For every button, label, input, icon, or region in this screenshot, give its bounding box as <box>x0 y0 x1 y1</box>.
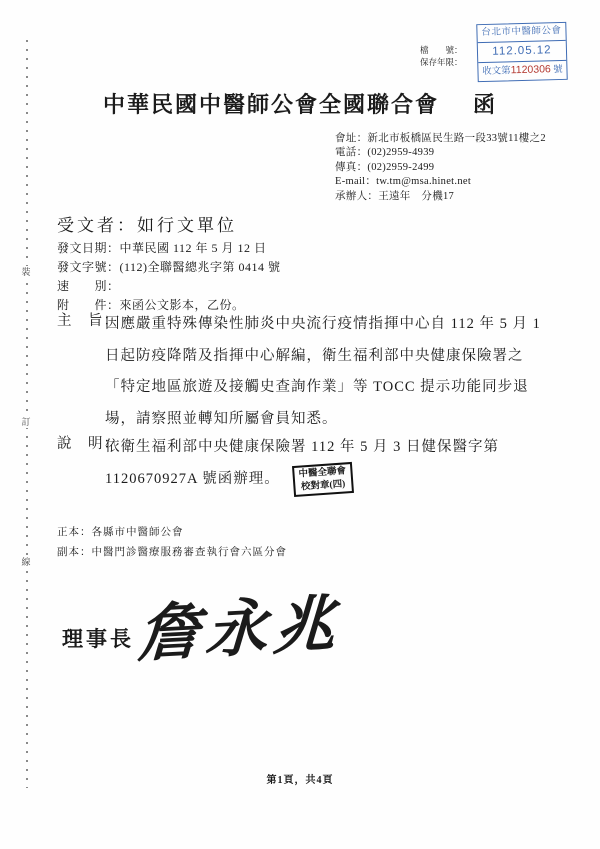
receipt-stamp-date: 112.05.12 <box>478 41 566 63</box>
chairman-signature: 詹永兆 <box>136 573 344 673</box>
archive-labels: 檔 號： 保存年限： <box>420 44 478 68</box>
document-type: 函 <box>473 88 497 119</box>
contact-phone: 電話：(02)2959-4939 <box>335 146 546 160</box>
binding-mark-zhuang: 裝 <box>19 266 33 278</box>
document-title: 中華民國中醫師公會全國聯合會 函 <box>0 88 600 119</box>
subject-clause: 主 旨： 因應嚴重特殊傳染性肺炎中央流行疫情指揮中心自 112 年 5 月 1 … <box>57 309 575 435</box>
file-number-label: 檔 號： <box>420 44 478 56</box>
contact-person: 承辦人：王遠年 分機17 <box>335 190 546 204</box>
contact-address: 會址：新北市板橋區民生路一段33號11樓之2 <box>335 132 546 146</box>
subject-line: 場，請察照並轉知所屬會員知悉。 <box>105 404 575 436</box>
page-number: 第1頁，共4頁 <box>0 771 600 786</box>
chairman-title: 理事長 <box>62 623 134 653</box>
subject-line: 「特定地區旅遊及接觸史查詢作業」等 TOCC 提示功能同步退 <box>105 372 575 404</box>
subject-text: 因應嚴重特殊傳染性肺炎中央流行疫情指揮中心自 112 年 5 月 1 日起防疫降… <box>105 309 575 435</box>
description-line: 依衛生福利部中央健康保險署 112 年 5 月 3 日健保醫字第 <box>105 432 575 464</box>
official-letter-page: 裝 訂 線 檔 號： 保存年限： 台北市中醫師公會 112.05.12 收文第1… <box>0 0 600 849</box>
receipt-stamp: 台北市中醫師公會 112.05.12 收文第1120306 號 <box>476 22 567 82</box>
copies-block: 正本：各縣市中醫師公會 副本：中醫門診醫療服務審查執行會六區分會 <box>57 523 287 563</box>
receipt-number: 1120306 <box>511 63 551 76</box>
contact-email: E-mail：tw.tm@msa.hinet.net <box>335 175 546 189</box>
subject-line: 因應嚴重特殊傳染性肺炎中央流行疫情指揮中心自 112 年 5 月 1 <box>105 309 575 341</box>
proofreading-stamp: 中醫全聯會 校對章(四) <box>292 462 354 497</box>
retention-period-label: 保存年限： <box>420 56 478 68</box>
receipt-number-suffix: 號 <box>553 65 563 75</box>
binding-mark-xian: 線 <box>19 556 33 568</box>
contact-fax: 傳真：(02)2959-2499 <box>335 161 546 175</box>
issue-number: 發文字號：(112)全聯醫總兆字第 0414 號 <box>57 258 281 277</box>
binding-mark-ding: 訂 <box>19 416 33 428</box>
original-recipients: 正本：各縣市中醫師公會 <box>57 523 287 543</box>
receipt-stamp-number-line: 收文第1120306 號 <box>478 61 566 81</box>
recipient-line: 受文者：如行文單位 <box>57 211 237 236</box>
binding-dotted-line <box>26 40 28 788</box>
receipt-stamp-org: 台北市中醫師公會 <box>477 23 565 43</box>
proof-stamp-line2: 校對章(四) <box>299 478 347 494</box>
document-meta: 發文日期：中華民國 112 年 5 月 12 日 發文字號：(112)全聯醫總兆… <box>57 239 281 315</box>
receipt-number-prefix: 收文第 <box>482 66 511 77</box>
subject-line: 日起防疫降階及指揮中心解編，衛生福利部中央健康保險署之 <box>105 341 575 373</box>
signature-block: 理事長 詹永兆 <box>60 585 380 685</box>
cc-recipients: 副本：中醫門診醫療服務審查執行會六區分會 <box>57 543 287 563</box>
contact-block: 會址：新北市板橋區民生路一段33號11樓之2 電話：(02)2959-4939 … <box>335 132 546 204</box>
speed-class: 速 別： <box>57 277 281 296</box>
subject-label: 主 旨： <box>57 309 119 330</box>
issue-date: 發文日期：中華民國 112 年 5 月 12 日 <box>57 239 281 258</box>
description-label: 說 明： <box>57 432 119 453</box>
issuing-organization: 中華民國中醫師公會全國聯合會 <box>103 88 439 119</box>
